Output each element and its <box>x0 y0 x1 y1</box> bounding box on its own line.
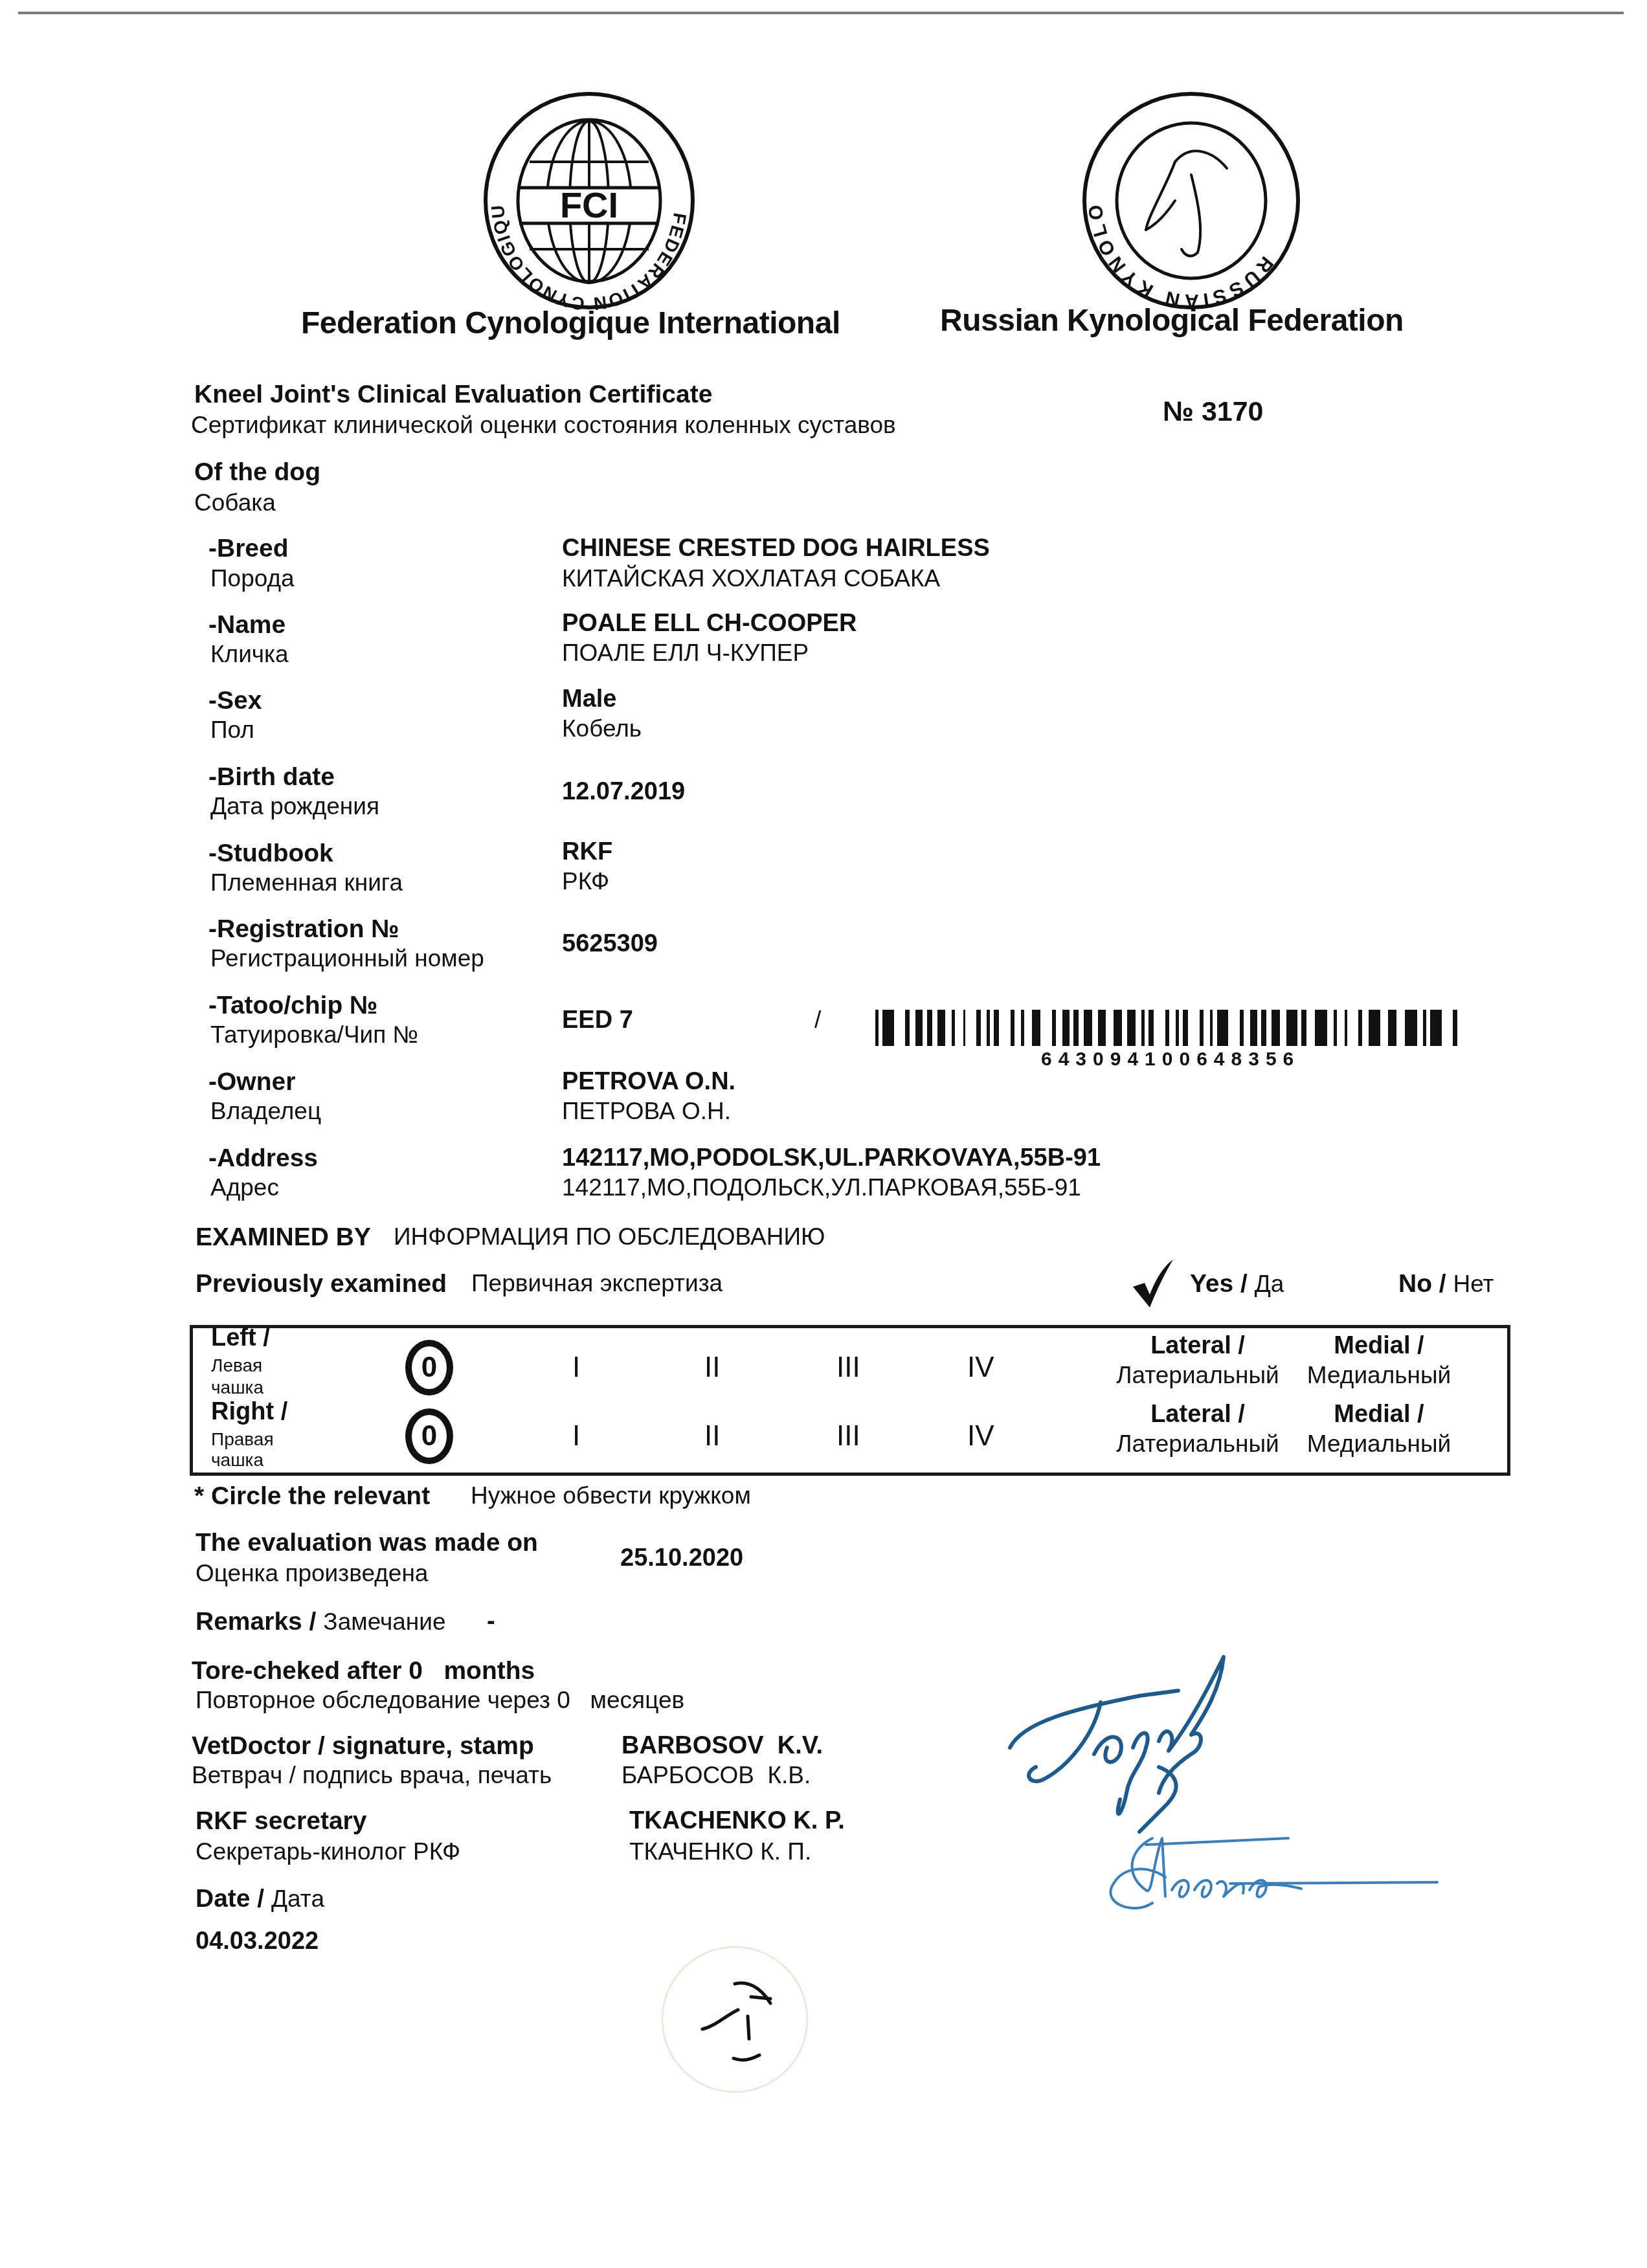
registration-label: -Registration № <box>208 915 399 944</box>
stamp-icon <box>657 1942 812 2097</box>
vet-label: VetDoctor / signature, stamp <box>192 1732 534 1761</box>
studbook-label-ru: Племенная книга <box>210 869 403 896</box>
issue-date: 04.03.2022 <box>196 1928 319 1955</box>
left-medial-label-ru: Медиальный <box>1269 1362 1489 1389</box>
recheck-label-ru: Повторное обследование через 0 месяцев <box>196 1687 684 1714</box>
chip-barcode-number: 643094100648356 <box>1041 1049 1300 1071</box>
certificate-title-en: Kneel Joint's Clinical Evaluation Certif… <box>194 381 712 409</box>
breed-label: -Breed <box>208 535 289 563</box>
owner-label: -Owner <box>208 1068 295 1096</box>
top-border-rule <box>18 12 1624 14</box>
left-grade-2[interactable]: II <box>704 1351 720 1384</box>
right-medial-label-ru: Медиальный <box>1269 1430 1489 1458</box>
fci-logo-icon: FEDERATION CYNOLOGIQUE INTERNATIONALE FC… <box>479 91 699 311</box>
left-side-label: Left / <box>211 1324 270 1352</box>
date-label-en: Date / <box>196 1885 264 1913</box>
sex-value-ru: Кобель <box>562 715 642 742</box>
dog-section-heading-en: Of the dog <box>194 458 320 487</box>
dog-section-heading-ru: Собака <box>194 489 276 517</box>
svg-text:FCI: FCI <box>560 184 618 225</box>
registration-value: 5625309 <box>562 930 658 958</box>
certificate-number: № 3170 <box>1163 396 1264 428</box>
right-grade-2[interactable]: II <box>704 1420 720 1452</box>
circle-note-ru: Нужное обвести кружком <box>471 1482 751 1509</box>
left-grade-4[interactable]: IV <box>967 1351 994 1384</box>
evaluation-date: 25.10.2020 <box>620 1544 743 1572</box>
chip-label: -Tatoo/chip № <box>208 992 378 1020</box>
left-grade-3[interactable]: III <box>836 1351 860 1384</box>
yes-label-ru: Да <box>1255 1271 1284 1297</box>
right-grade-0-circled[interactable]: 0 <box>405 1408 453 1464</box>
sex-label: -Sex <box>208 687 262 715</box>
remarks-label-en: Remarks / <box>196 1608 316 1636</box>
studbook-value: RKF <box>562 838 612 866</box>
previously-examined-label-ru: Первичная экспертиза <box>471 1270 723 1297</box>
no-label-ru: Нет <box>1453 1271 1494 1297</box>
right-lateral-label[interactable]: Lateral / <box>1114 1401 1282 1429</box>
vet-name-ru: БАРБОСОВ К.В. <box>622 1762 811 1789</box>
evaluation-made-on-label-ru: Оценка произведена <box>196 1560 428 1587</box>
breed-value: CHINESE CRESTED DOG HAIRLESS <box>562 535 990 562</box>
right-side-label-ru-2: чашка <box>211 1450 263 1471</box>
yes-option[interactable]: Yes / Да <box>1190 1270 1284 1298</box>
secretary-label: RKF secretary <box>196 1807 366 1836</box>
name-label: -Name <box>208 611 286 639</box>
right-medial-label[interactable]: Medial / <box>1295 1401 1463 1429</box>
examined-by-heading-ru: ИНФОРМАЦИЯ ПО ОБСЛЕДОВАНИЮ <box>394 1223 825 1251</box>
secretary-name: TKACHENKO K. P. <box>629 1807 845 1835</box>
rkf-logo-icon: RUSSIAN KYNOLOGICAL FEDERATION <box>1078 91 1305 311</box>
registration-label-ru: Регистрационный номер <box>210 945 484 972</box>
right-grade-1[interactable]: I <box>572 1420 580 1452</box>
examined-by-heading: EXAMINED BY <box>196 1223 371 1252</box>
sex-value: Male <box>562 685 616 713</box>
name-label-ru: Кличка <box>210 641 289 668</box>
name-value-ru: ПОАЛЕ ЕЛЛ Ч-КУПЕР <box>562 639 809 667</box>
studbook-label: -Studbook <box>208 839 333 868</box>
studbook-value-ru: РКФ <box>562 868 609 895</box>
left-lateral-label[interactable]: Lateral / <box>1114 1332 1282 1360</box>
owner-value: PETROVA O.N. <box>562 1068 735 1096</box>
breed-value-ru: КИТАЙСКАЯ ХОХЛАТАЯ СОБАКА <box>562 565 940 592</box>
chip-label-ru: Татуировка/Чип № <box>210 1021 418 1049</box>
breed-label-ru: Порода <box>210 565 295 592</box>
certificate-title-ru: Сертификат клинической оценки состояния … <box>191 412 896 439</box>
vet-name: BARBOSOV K.V. <box>622 1732 823 1760</box>
owner-value-ru: ПЕТРОВА О.Н. <box>562 1098 731 1125</box>
birth-date-label: -Birth date <box>208 763 335 792</box>
right-grade-4[interactable]: IV <box>967 1420 994 1452</box>
chip-separator: / <box>814 1006 821 1034</box>
secretary-label-ru: Секретарь-кинолог РКФ <box>196 1838 460 1865</box>
vet-label-ru: Ветврач / подпись врача, печать <box>192 1762 552 1789</box>
remarks-value: - <box>487 1608 495 1636</box>
chip-barcode <box>875 1010 1463 1046</box>
vet-signature-icon <box>1010 1657 1224 1832</box>
no-label: No / <box>1398 1270 1446 1298</box>
rkf-title: Russian Kynological Federation <box>940 303 1404 339</box>
birth-date-value: 12.07.2019 <box>562 778 685 806</box>
address-value-ru: 142117,МО,ПОДОЛЬСК,УЛ.ПАРКОВАЯ,55Б-91 <box>562 1174 1081 1201</box>
yes-label: Yes / <box>1190 1270 1248 1298</box>
right-side-label-ru-1: Правая <box>211 1429 274 1450</box>
left-medial-label[interactable]: Medial / <box>1295 1332 1463 1360</box>
remarks-label: Remarks / Замечание <box>196 1608 446 1636</box>
fci-title: Federation Cynologique International <box>301 306 840 341</box>
birth-date-label-ru: Дата рождения <box>210 793 379 820</box>
left-grade-0-circled[interactable]: 0 <box>405 1340 453 1395</box>
address-label-ru: Адрес <box>210 1174 279 1201</box>
evaluation-made-on-label: The evaluation was made on <box>196 1529 538 1557</box>
sex-label-ru: Пол <box>210 717 254 744</box>
circle-note: * Circle the relevant <box>194 1482 430 1511</box>
left-grade-1[interactable]: I <box>572 1351 580 1384</box>
checkmark-icon <box>1130 1258 1176 1309</box>
right-side-label: Right / <box>211 1398 287 1426</box>
name-value: POALE ELL CH-COOPER <box>562 610 857 638</box>
right-grade-3[interactable]: III <box>836 1420 860 1452</box>
no-option[interactable]: No / Нет <box>1398 1270 1494 1298</box>
left-side-label-ru-2: чашка <box>211 1377 263 1398</box>
date-label-ru: Дата <box>271 1885 324 1912</box>
chip-value: EED 7 <box>562 1006 633 1034</box>
previously-examined-label: Previously examined <box>196 1270 447 1298</box>
address-label: -Address <box>208 1144 318 1173</box>
address-value: 142117,MO,PODOLSK,UL.PARKOVAYA,55B-91 <box>562 1144 1101 1172</box>
secretary-name-ru: ТКАЧЕНКО К. П. <box>629 1838 811 1865</box>
recheck-label: Tore-cheked after 0 months <box>192 1657 535 1685</box>
left-side-label-ru-1: Левая <box>211 1355 262 1376</box>
secretary-signature-icon <box>1110 1838 1437 1908</box>
date-label: Date / Дата <box>196 1885 324 1913</box>
remarks-label-ru: Замечание <box>323 1608 445 1635</box>
owner-label-ru: Владелец <box>210 1098 321 1125</box>
handwritten-signatures <box>997 1644 1476 1929</box>
